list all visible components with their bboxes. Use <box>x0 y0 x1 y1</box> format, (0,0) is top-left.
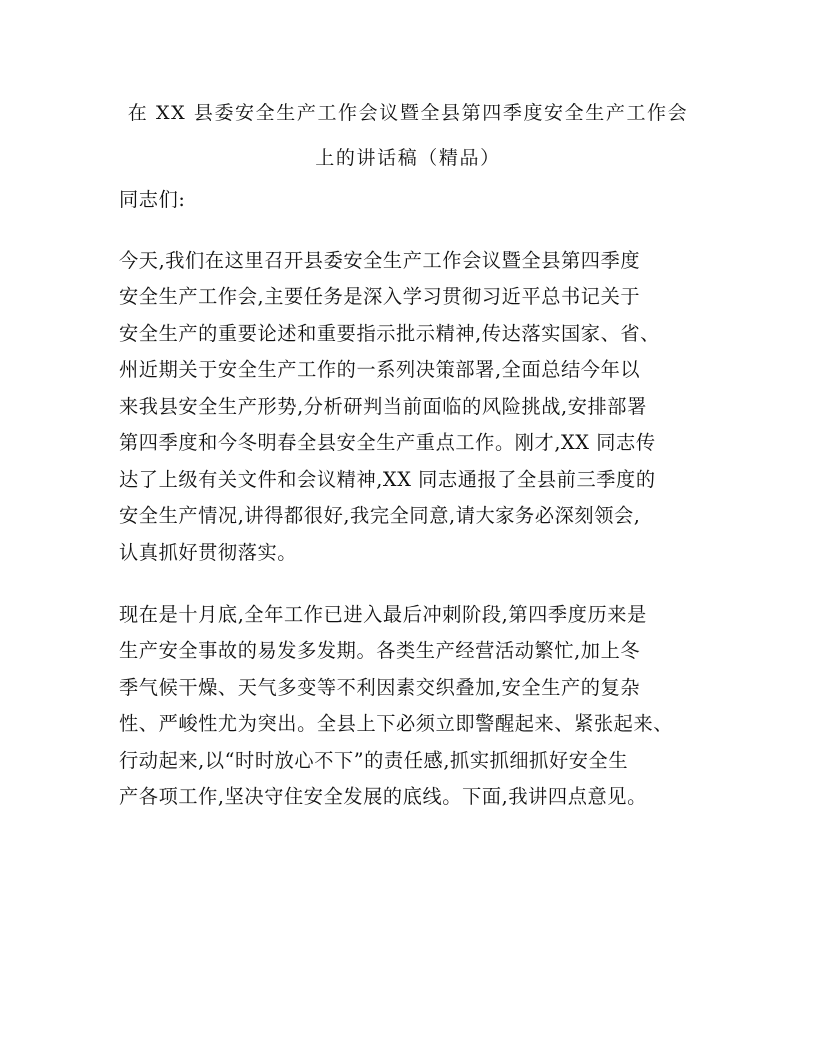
paragraph-line: 州近期关于安全生产工作的一系列决策部署,全面总结今年以 <box>119 355 640 382</box>
paragraph-line: 来我县安全生产形势,分析研判当前面临的风险挑战,安排部署 <box>119 392 647 419</box>
paragraph-line: 性、严峻性尤为突出。全县上下必须立即警醒起来、紧张起来、 <box>119 709 673 736</box>
paragraph-line: 第四季度和今冬明春全县安全生产重点工作。刚才,XX 同志传 <box>119 428 656 455</box>
paragraph-line: 安全生产情况,讲得都很好,我完全同意,请大家务必深刻领会, <box>119 501 640 528</box>
paragraph-line: 行动起来,以“时时放心不下”的责任感,抓实抓细抓好安全生 <box>119 746 628 773</box>
paragraph-line: 现在是十月底,全年工作已进入最后冲刺阶段,第四季度历来是 <box>119 600 647 627</box>
paragraph-line: 达了上级有关文件和会议精神,XX 同志通报了全县前三季度的 <box>119 465 656 492</box>
paragraph-line: 季气候干燥、天气多变等不利因素交织叠加,安全生产的复杂 <box>119 673 640 700</box>
paragraph-line: 认真抓好贯彻落实。 <box>119 538 297 565</box>
document-title-line-2: 上的讲话稿（精品） <box>100 143 716 170</box>
paragraph-line: 安全生产的重要论述和重要指示批示精神,传达落实国家、省、 <box>119 319 660 346</box>
paragraph-line: 今天,我们在这里召开县委安全生产工作会议暨全县第四季度 <box>119 246 640 273</box>
document-title-line-1: 在 XX 县委安全生产工作会议暨全县第四季度安全生产工作会 <box>100 98 716 125</box>
paragraph-line: 安全生产工作会,主要任务是深入学习贯彻习近平总书记关于 <box>119 282 640 309</box>
paragraph-line: 生产安全事故的易发多发期。各类生产经营活动繁忙,加上冬 <box>119 636 640 663</box>
salutation: 同志们: <box>119 185 185 212</box>
document-page: 在 XX 县委安全生产工作会议暨全县第四季度安全生产工作会 上的讲话稿（精品） … <box>0 0 816 1056</box>
paragraph-line: 产各项工作,坚决守住安全发展的底线。下面,我讲四点意见。 <box>119 782 647 809</box>
